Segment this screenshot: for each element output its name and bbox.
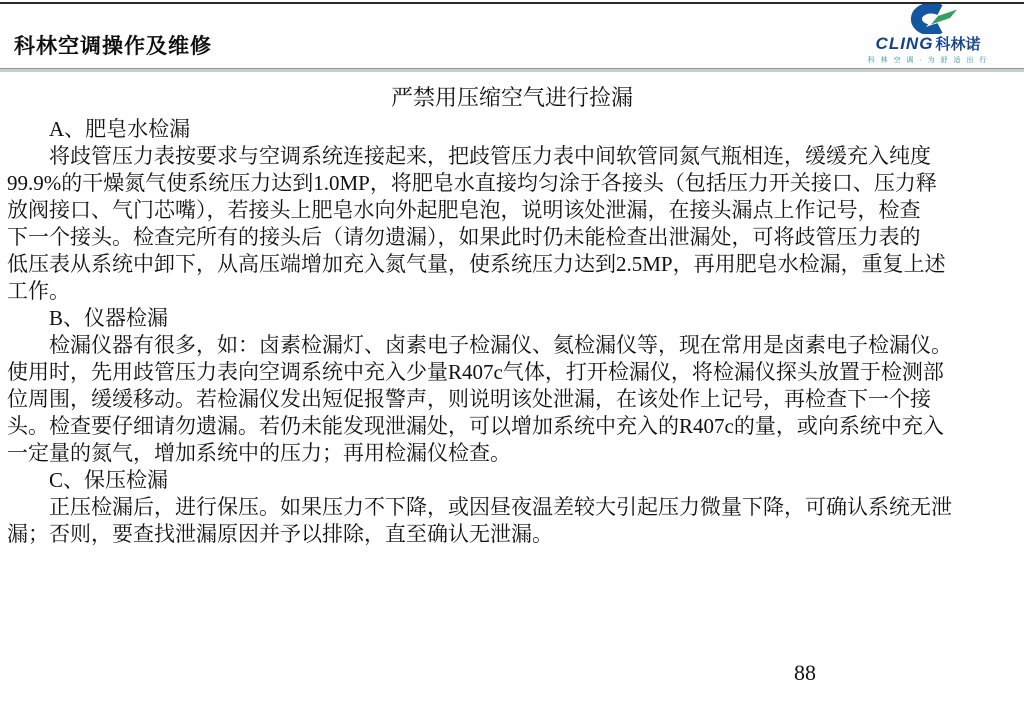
- text-line: 下一个接头。检查完所有的接头后（请勿遗漏），如果此时仍未能检查出泄漏处，可将歧管…: [7, 224, 1017, 251]
- body-text: A、肥皂水检漏将歧管压力表按要求与空调系统连接起来，把歧管压力表中间软管同氮气瓶…: [7, 116, 1017, 548]
- slide-body: 严禁用压缩空气进行捡漏 A、肥皂水检漏将歧管压力表按要求与空调系统连接起来，把歧…: [7, 84, 1017, 548]
- text-line: 工作。: [7, 278, 1017, 305]
- text-line: 使用时，先用歧管压力表向空调系统中充入少量R407c气体，打开检漏仪，将检漏仪探…: [7, 359, 1017, 386]
- text-line: 一定量的氮气，增加系统中的压力；再用检漏仪检查。: [7, 440, 1017, 467]
- slide-title: 严禁用压缩空气进行捡漏: [7, 84, 1017, 112]
- text-line: 漏；否则，要查找泄漏原因并予以排除，直至确认无泄漏。: [7, 521, 1017, 548]
- text-line: 99.9%的干燥氮气使系统压力达到1.0MP，将肥皂水直接均匀涂于各接头（包括压…: [7, 170, 1017, 197]
- text-line: 低压表从系统中卸下，从高压端增加充入氮气量，使系统压力达到2.5MP，再用肥皂水…: [7, 251, 1017, 278]
- company-logo: CLING 科林诺 科 林 空 调 · 为 舒 适 出 行: [848, 4, 1008, 66]
- presentation-slide: 科林空调操作及维修 CLING 科林诺 科 林 空 调 · 为 舒 适 出 行 …: [0, 0, 1024, 708]
- text-line: A、肥皂水检漏: [7, 116, 1017, 143]
- logo-brand-text: CLING: [876, 35, 934, 52]
- header-divider-line: [0, 68, 1024, 72]
- cling-logo-icon: [896, 4, 960, 34]
- logo-tagline: 科 林 空 调 · 为 舒 适 出 行: [868, 55, 989, 65]
- slide-header: 科林空调操作及维修 CLING 科林诺 科 林 空 调 · 为 舒 适 出 行: [0, 0, 1024, 70]
- header-title: 科林空调操作及维修: [14, 30, 212, 60]
- page-number: 88: [794, 660, 816, 686]
- text-line: 将歧管压力表按要求与空调系统连接起来，把歧管压力表中间软管同氮气瓶相连，缓缓充入…: [7, 143, 1017, 170]
- text-line: 位周围，缓缓移动。若检漏仪发出短促报警声，则说明该处泄漏，在该处作上记号，再检查…: [7, 386, 1017, 413]
- text-line: 检漏仪器有很多，如：卤素检漏灯、卤素电子检漏仪、氦检漏仪等，现在常用是卤素电子检…: [7, 332, 1017, 359]
- text-line: 头。检查要仔细请勿遗漏。若仍未能发现泄漏处，可以增加系统中充入的R407c的量，…: [7, 413, 1017, 440]
- text-line: C、保压检漏: [7, 467, 1017, 494]
- text-line: 放阀接口、气门芯嘴），若接头上肥皂水向外起肥皂泡，说明该处泄漏，在接头漏点上作记…: [7, 197, 1017, 224]
- logo-wordmark: CLING 科林诺: [876, 35, 981, 52]
- logo-brand-cn-text: 科林诺: [935, 37, 980, 52]
- text-line: 正压检漏后，进行保压。如果压力不下降，或因昼夜温差较大引起压力微量下降，可确认系…: [7, 494, 1017, 521]
- text-line: B、仪器检漏: [7, 305, 1017, 332]
